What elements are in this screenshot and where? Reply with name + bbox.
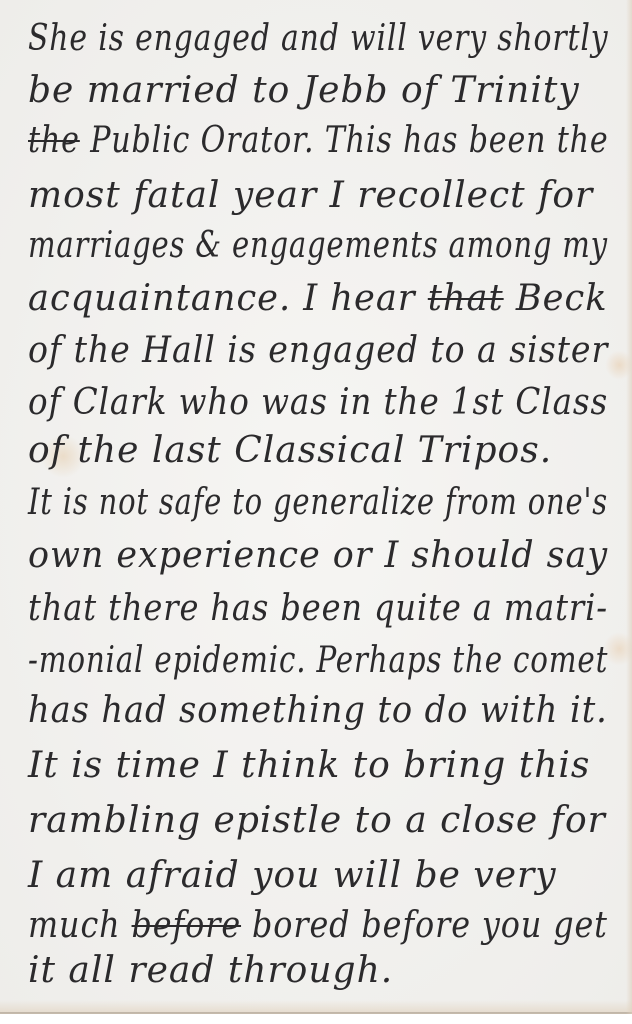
paper-edge-bottom: [0, 1000, 632, 1014]
letter-line-14: has had something to do with it.: [28, 690, 608, 731]
letter-line-17: I am afraid you will be very: [28, 855, 557, 896]
letter-line-15: It is time I think to bring this: [28, 745, 590, 786]
letter-line-6: acquaintance. I hear that Beck: [28, 278, 608, 319]
line-text: bored before you get: [241, 905, 608, 946]
letter-line-13: -monial epidemic. Perhaps the comet: [28, 640, 608, 681]
letter-line-12: that there has been quite a matri-: [28, 588, 608, 629]
letter-line-1: She is engaged and will very shortly: [28, 18, 608, 59]
line-text: Public Orator. This has been the: [80, 120, 609, 161]
paper-edge-right: [626, 0, 632, 1014]
letter-line-18: much before bored before you get: [28, 905, 608, 946]
letter-line-19: it all read through.: [28, 950, 393, 991]
line-text: Beck: [504, 278, 608, 319]
letter-line-11: own experience or I should say: [28, 535, 608, 576]
struck-word: before: [132, 905, 242, 946]
letter-line-2: be married to Jebb of Trinity: [28, 70, 580, 111]
letter-line-7: of the Hall is engaged to a sister: [28, 330, 608, 371]
letter-line-3: the Public Orator. This has been the: [28, 120, 609, 161]
struck-word: the: [28, 120, 80, 161]
line-text-pre: acquaintance. I hear: [28, 278, 428, 319]
letter-line-5: marriages & engagements among my: [28, 225, 608, 266]
letter-line-8: of Clark who was in the 1st Class: [28, 382, 608, 423]
struck-word: that: [428, 278, 504, 319]
letter-line-4: most fatal year I recollect for: [28, 175, 593, 216]
letter-line-9: of the last Classical Tripos.: [28, 430, 552, 471]
line-text-pre: much: [28, 905, 132, 946]
letter-page: She is engaged and will very shortly be …: [0, 0, 632, 1014]
letter-line-16: rambling epistle to a close for: [28, 800, 606, 841]
letter-line-10: It is not safe to generalize from one's: [28, 482, 608, 523]
